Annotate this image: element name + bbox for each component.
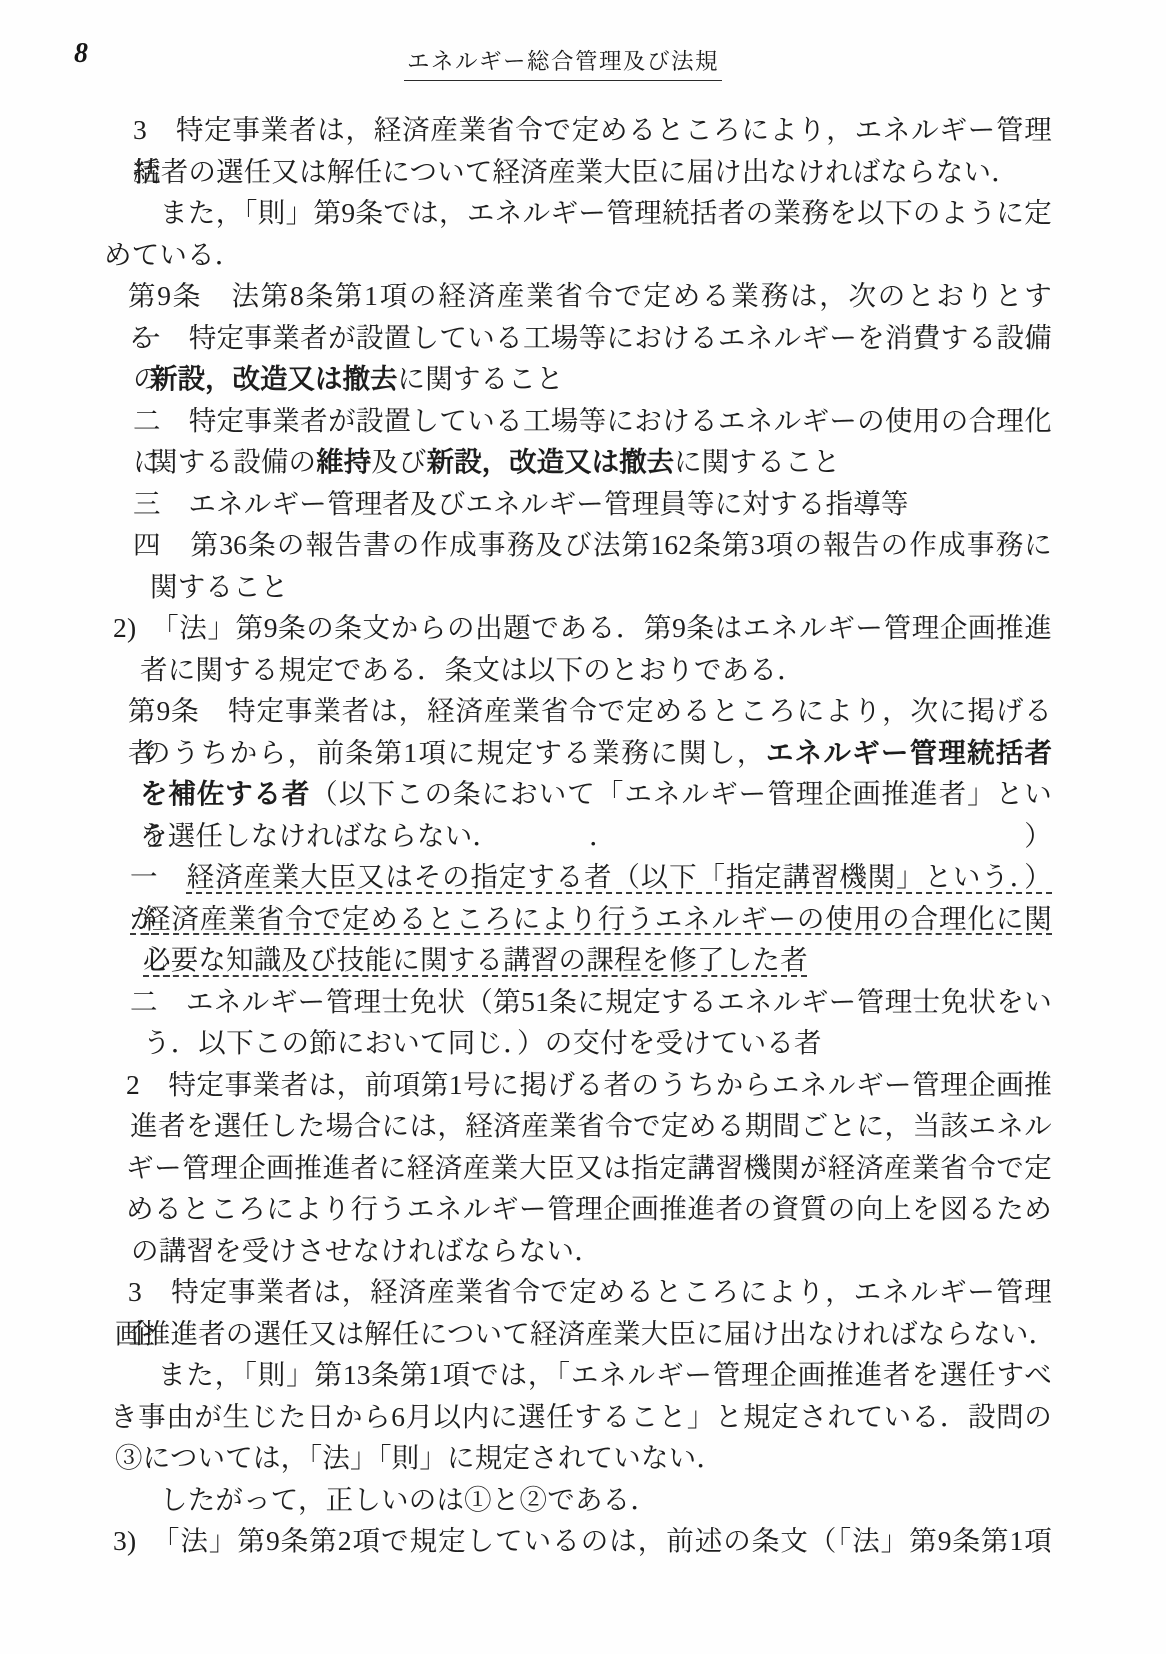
text-segment: エネルギー管理統括者 [766,737,1052,768]
text-segment: う．以下この節において同じ．）の交付を受けている者 [143,1027,822,1058]
text-line: の講習を受けさせなければならない． [131,1230,1052,1272]
text-segment: 括者の選任又は解任について経済産業大臣に届け出なければならない． [133,156,1019,187]
page-body: 3 特定事業者は，経済産業省令で定めるところにより，エネルギー管理統括者の選任又… [0,109,1166,1562]
text-segment: ギー管理企画推進者に経済産業大臣又は指定講習機関が経済産業省令で定 [126,1152,1052,1183]
text-line: したがって，正しいのは①と②である． [160,1479,1052,1521]
text-segment: を補佐する者 [140,778,310,809]
text-line: 3 特定事業者は，経済産業省令で定めるところにより，エネルギー管理統 [133,109,1052,151]
text-segment: 必要な知識及び技能に関する講習の課程を修了した者 [143,944,808,975]
text-segment: また，「則」第13条第1項では，「エネルギー管理企画推進者を選任すべ [158,1359,1052,1390]
text-segment: したがって，正しいのは①と②である． [160,1484,658,1515]
text-line: き事由が生じた日から6月以内に選任すること」と規定されている．設問の [110,1396,1052,1438]
text-line: 2 特定事業者は，前項第1号に掲げる者のうちからエネルギー管理企画推 [126,1064,1052,1106]
text-segment: 2) 「法」第9条の条文からの出題である．第9条はエネルギー管理企画推進 [113,612,1052,643]
text-line: 第9条 法第8条第1項の経済産業省令で定める業務は，次のとおりとする． [128,275,1052,317]
text-segment: 維持 [316,446,371,477]
text-segment: き事由が生じた日から6月以内に選任すること」と規定されている．設問の [110,1401,1052,1432]
text-segment: 進者を選任した場合には，経済産業省令で定める期間ごとに，当該エネル [130,1110,1052,1141]
text-line: ギー管理企画推進者に経済産業大臣又は指定講習機関が経済産業省令で定 [126,1147,1052,1189]
text-line: ③については，「法」「則」に規定されていない． [115,1437,1052,1479]
page-header: エネルギー総合管理及び法規 [0,44,1126,81]
text-segment: の講習を受けさせなければならない． [131,1235,602,1266]
text-segment: また，「則」第9条では，エネルギー管理統括者の業務を以下のように定 [160,197,1052,228]
text-segment: 三 エネルギー管理者及びエネルギー管理員等に対する指導等 [133,488,909,519]
text-line: のうちから，前条第1項に規定する業務に関し，エネルギー管理統括者 [143,732,1052,774]
text-segment: 関すること [150,571,289,602]
text-segment: 2 特定事業者は，前項第1号に掲げる者のうちからエネルギー管理企画推 [126,1069,1052,1100]
text-segment: めるところにより行うエネルギー管理企画推進者の資質の向上を図るため [126,1193,1052,1224]
text-segment: 一 [130,861,187,892]
text-segment: 新設，改造又は撤去 [427,446,675,477]
text-segment: のうちから，前条第1項に規定する業務に関し， [143,737,766,768]
text-segment: 二 エネルギー管理士免状（第51条に規定するエネルギー管理士免状をい [130,986,1052,1017]
text-line: また，「則」第9条では，エネルギー管理統括者の業務を以下のように定 [160,192,1052,234]
text-line: 関する設備の維持及び新設，改造又は撤去に関すること [150,441,1052,483]
text-line: う．以下この節において同じ．）の交付を受けている者 [143,1022,1052,1064]
text-line: 第9条 特定事業者は，経済産業省令で定めるところにより，次に掲げる者 [128,690,1052,732]
text-segment: 四 第36条の報告書の作成事務及び法第162条第3項の報告の作成事務に [133,529,1052,560]
text-line: 経済産業省令で定めるところにより行うエネルギーの使用の合理化に関し [143,898,1052,940]
text-line: 四 第36条の報告書の作成事務及び法第162条第3項の報告の作成事務に [133,524,1052,566]
text-segment: めている． [104,239,243,270]
text-line: また，「則」第13条第1項では，「エネルギー管理企画推進者を選任すべ [158,1354,1052,1396]
text-line: 三 エネルギー管理者及びエネルギー管理員等に対する指導等 [133,483,1052,525]
text-line: めるところにより行うエネルギー管理企画推進者の資質の向上を図るため [126,1188,1052,1230]
text-line: を補佐する者（以下この条において「エネルギー管理企画推進者」という．） [140,773,1052,815]
text-line: 二 特定事業者が設置している工場等におけるエネルギーの使用の合理化に [133,400,1052,442]
text-line: 必要な知識及び技能に関する講習の課程を修了した者 [143,939,1052,981]
text-segment: を選任しなければならない． [140,820,500,851]
text-line: 者に関する規定である．条文は以下のとおりである． [140,649,1052,691]
text-segment: 新設，改造又は撤去 [150,363,398,394]
text-segment: に関すること [398,363,564,394]
text-line: 括者の選任又は解任について経済産業大臣に届け出なければならない． [133,151,1052,193]
text-line: 新設，改造又は撤去に関すること [150,358,1052,400]
text-line: めている． [104,234,1052,276]
page-header-title: エネルギー総合管理及び法規 [404,44,722,81]
text-segment: ③については，「法」「則」に規定されていない． [115,1442,724,1473]
text-line: 3) 「法」第9条第2項で規定しているのは，前述の条文（「法」第9条第1項 [113,1520,1052,1562]
text-segment: 者に関する規定である．条文は以下のとおりである． [140,654,805,685]
text-line: 3 特定事業者は，経済産業省令で定めるところにより，エネルギー管理企 [128,1271,1052,1313]
text-line: 一 特定事業者が設置している工場等におけるエネルギーを消費する設備の [133,317,1052,359]
text-line: 画推進者の選任又は解任について経済産業大臣に届け出なければならない． [115,1313,1052,1355]
text-line: 2) 「法」第9条の条文からの出題である．第9条はエネルギー管理企画推進 [113,607,1052,649]
text-line: 二 エネルギー管理士免状（第51条に規定するエネルギー管理士免状をい [130,981,1052,1023]
document-page: 8 エネルギー総合管理及び法規 3 特定事業者は，経済産業省令で定めるところによ… [0,0,1166,1654]
text-segment: 及び [371,446,426,477]
text-segment: 3) 「法」第9条第2項で規定しているのは，前述の条文（「法」第9条第1項 [113,1525,1052,1556]
text-line: 一 経済産業大臣又はその指定する者（以下「指定講習機関」という．）が [130,856,1052,898]
text-segment: 画推進者の選任又は解任について経済産業大臣に届け出なければならない． [115,1318,1056,1349]
text-segment: 関する設備の [150,446,316,477]
text-line: 進者を選任した場合には，経済産業省令で定める期間ごとに，当該エネル [130,1105,1052,1147]
text-line: 関すること [150,566,1052,608]
text-segment: に関すること [674,446,840,477]
